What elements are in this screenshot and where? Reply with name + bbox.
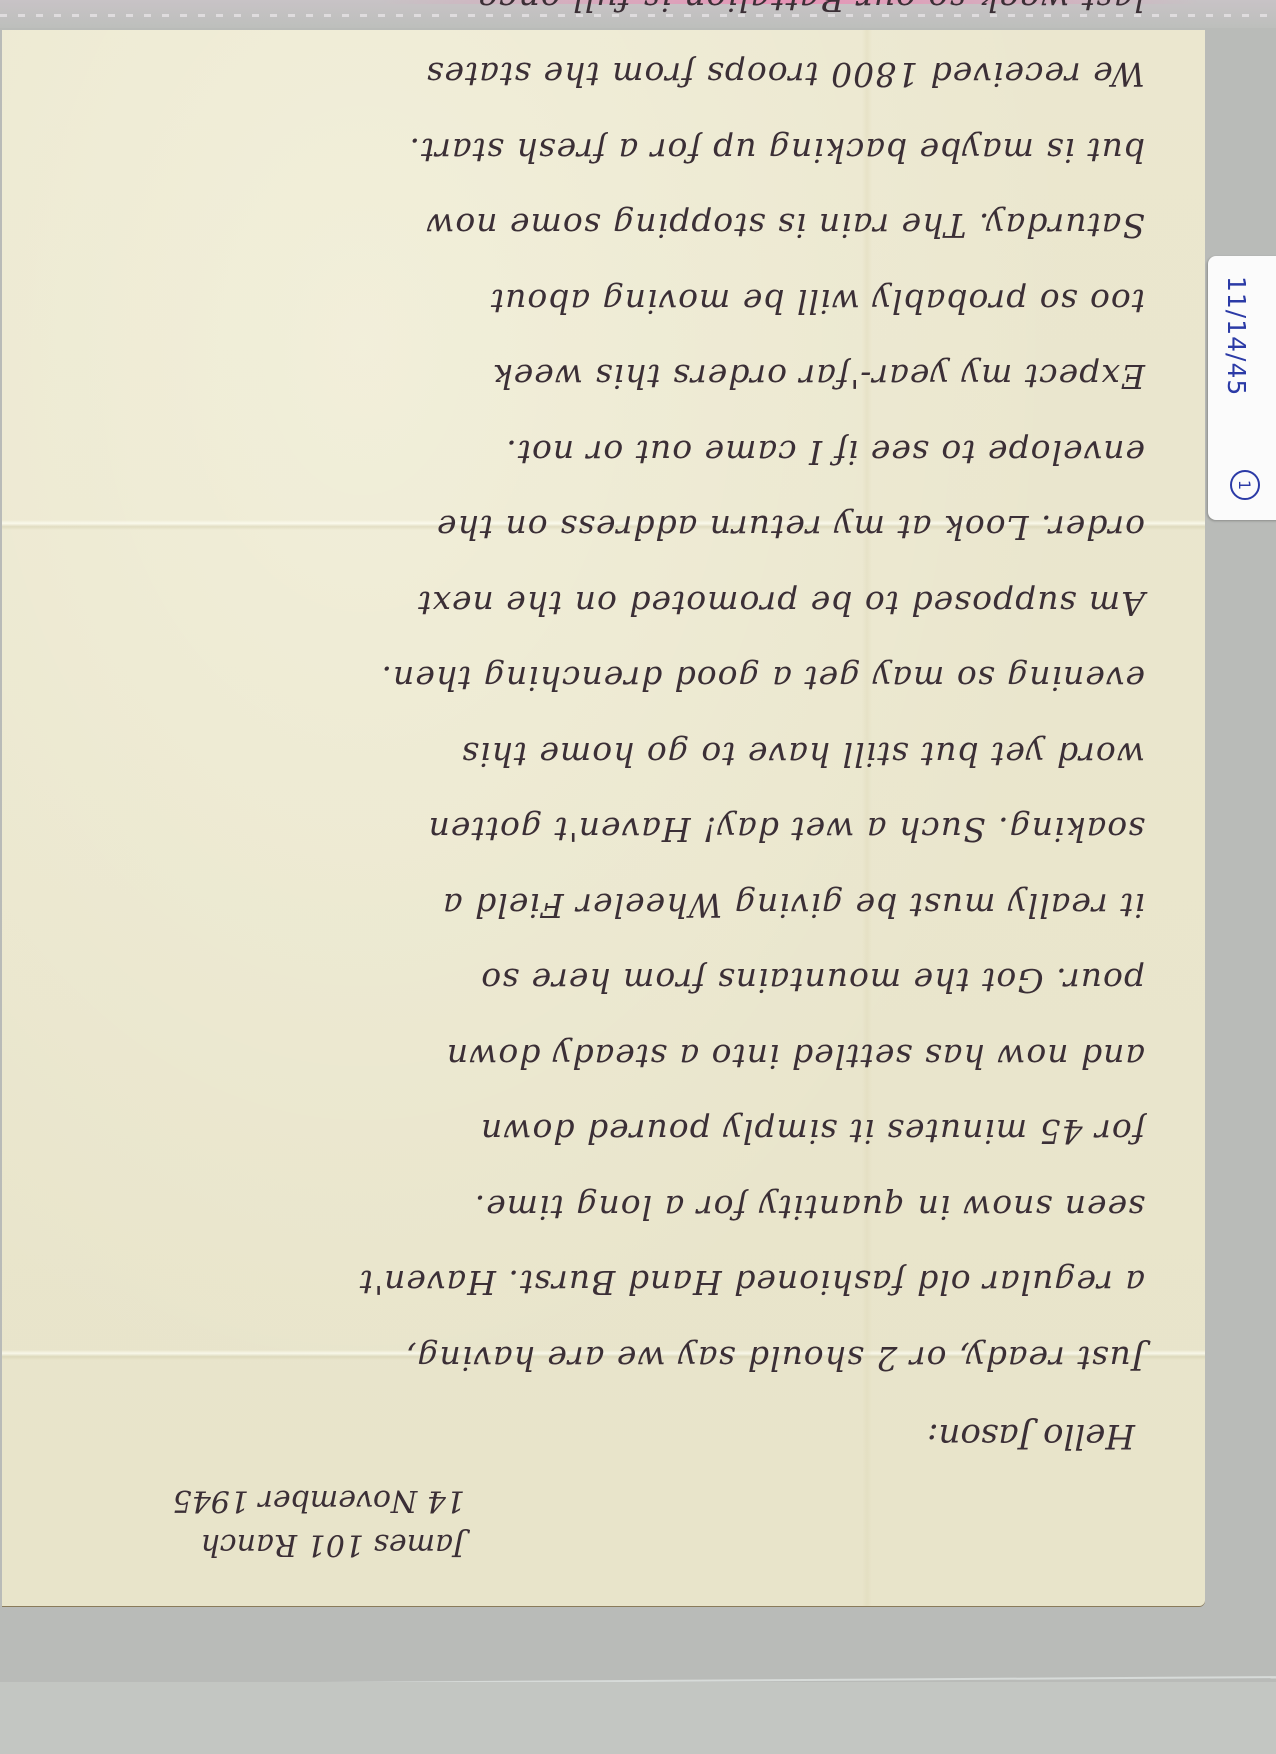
letter-line: and now has settled into a steady down [35, 1019, 1145, 1095]
archive-date-label: 11/14/45 [1222, 276, 1251, 396]
letter-line: Am supposed to be promoted on the next [35, 566, 1145, 642]
letter-line: seen snow in quantity for a long time. [35, 1170, 1145, 1246]
letter-line: a regular old fashioned Hand Burst. Have… [35, 1245, 1145, 1321]
letter-line: soaking. Such a wet day! Haven't gotten [35, 792, 1145, 868]
letter-line: order. Look at my return address on the [35, 490, 1145, 566]
page-number-circle: 1 [1230, 470, 1260, 500]
letter-line: for 45 minutes it simply poured down [35, 1094, 1145, 1170]
letter-line: last week so our Battalion is full once [35, 0, 1145, 37]
sender-address: James 101 Ranch [45, 1522, 465, 1566]
scanner-sleeve [0, 1682, 1276, 1754]
letter-heading: James 101 Ranch 14 November 1945 [45, 1478, 465, 1566]
handwritten-letter: James 101 Ranch 14 November 1945 Hello J… [2, 30, 1205, 1606]
letter-line: but is maybe backing up for a fresh star… [35, 113, 1145, 189]
letter-line: We received 1800 troops from the states [35, 37, 1145, 113]
letter-date: 14 November 1945 [45, 1478, 465, 1522]
letter-page: James 101 Ranch 14 November 1945 Hello J… [2, 30, 1205, 1606]
letter-line: Just ready, or 2 should say we are havin… [35, 1321, 1145, 1397]
archive-sticky-tab: 11/14/45 1 [1208, 256, 1276, 520]
salutation: Hello Jason: [927, 1416, 1135, 1456]
letter-line: Expect my year-'far orders this week [35, 339, 1145, 415]
letter-line: Saturday. The rain is stopping some now [35, 188, 1145, 264]
letter-line: evening so may get a good drenching then… [35, 641, 1145, 717]
letter-line: word yet but still have to go home this [35, 717, 1145, 793]
letter-line: pour. Got the mountains from here so [35, 943, 1145, 1019]
letter-body: Just ready, or 2 should say we are havin… [35, 0, 1145, 1396]
letter-line: too so probably will be moving about [35, 264, 1145, 340]
letter-line: envelope to see if I came out or not. [35, 415, 1145, 491]
letter-line: it really must be giving Wheeler Field a [35, 868, 1145, 944]
